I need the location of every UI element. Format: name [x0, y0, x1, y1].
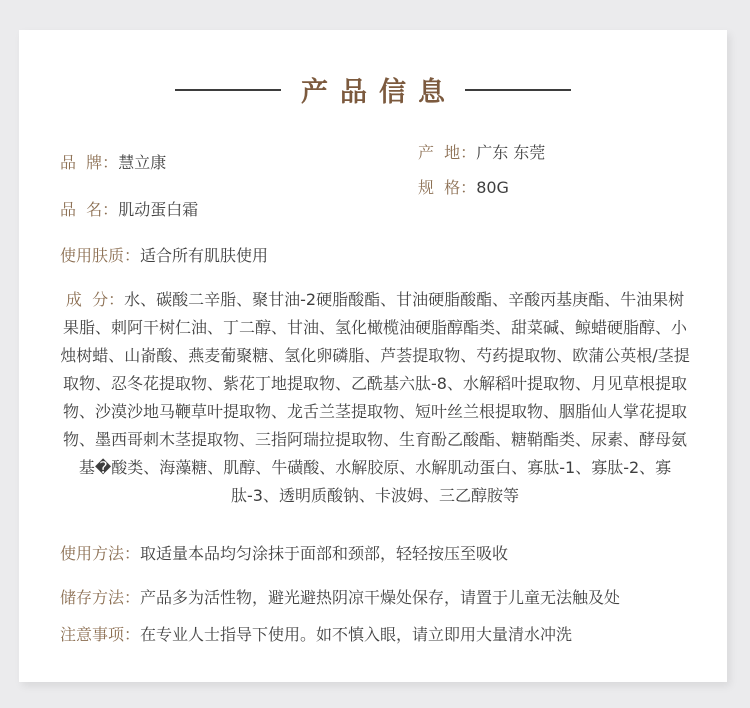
origin-label: 产 地：	[418, 143, 476, 162]
usage-row: 使用方法：取适量本品均匀涂抹于面部和颈部，轻轻按压至吸收	[60, 543, 508, 565]
ingredients-block: 成 分：水、碳酸二辛脂、聚甘油-2硬脂酸酯、甘油硬脂酸酯、辛酸丙基庚酯、牛油果树…	[59, 286, 691, 510]
brand-value: 慧立康	[118, 153, 166, 172]
caution-label: 注意事项：	[60, 625, 140, 644]
caution-value: 在专业人士指导下使用。如不慎入眼，请立即用大量清水冲洗	[140, 625, 572, 644]
brand-row: 品 牌：慧立康	[60, 152, 166, 174]
title-left-rule	[175, 89, 281, 91]
title-right-rule	[465, 89, 571, 91]
skin-type-value: 适合所有肌肤使用	[140, 246, 268, 265]
ingredients-value: 水、碳酸二辛脂、聚甘油-2硬脂酸酯、甘油硬脂酸酯、辛酸丙基庚酯、牛油果树果脂、刺…	[60, 290, 689, 505]
product-name-value: 肌动蛋白霜	[118, 200, 198, 219]
page-background: { "header": { "title": "产品信息" }, "produc…	[0, 0, 750, 708]
brand-label: 品 牌：	[60, 153, 118, 172]
section-title-row: 产品信息	[19, 70, 727, 109]
usage-label: 使用方法：	[60, 544, 140, 563]
storage-label: 储存方法：	[60, 588, 140, 607]
product-info-card: 产品信息 品 牌：慧立康 品 名：肌动蛋白霜 产 地：广东 东莞 规 格：80G…	[19, 30, 727, 682]
storage-value: 产品多为活性物，避光避热阴凉干燥处保存，请置于儿童无法触及处	[140, 588, 620, 607]
spec-row: 规 格：80G	[418, 177, 509, 199]
origin-row: 产 地：广东 东莞	[418, 142, 545, 164]
ingredients-label: 成 分：	[66, 290, 124, 309]
skin-type-label: 使用肤质：	[60, 246, 140, 265]
usage-value: 取适量本品均匀涂抹于面部和颈部，轻轻按压至吸收	[140, 544, 508, 563]
origin-value: 广东 东莞	[476, 143, 545, 162]
page-title: 产品信息	[301, 70, 457, 109]
spec-label: 规 格：	[418, 178, 476, 197]
storage-row: 储存方法：产品多为活性物，避光避热阴凉干燥处保存，请置于儿童无法触及处	[60, 587, 620, 609]
caution-row: 注意事项：在专业人士指导下使用。如不慎入眼，请立即用大量清水冲洗	[60, 624, 572, 646]
spec-value: 80G	[476, 178, 509, 197]
product-name-label: 品 名：	[60, 200, 118, 219]
skin-type-row: 使用肤质：适合所有肌肤使用	[60, 245, 268, 267]
product-name-row: 品 名：肌动蛋白霜	[60, 199, 198, 221]
